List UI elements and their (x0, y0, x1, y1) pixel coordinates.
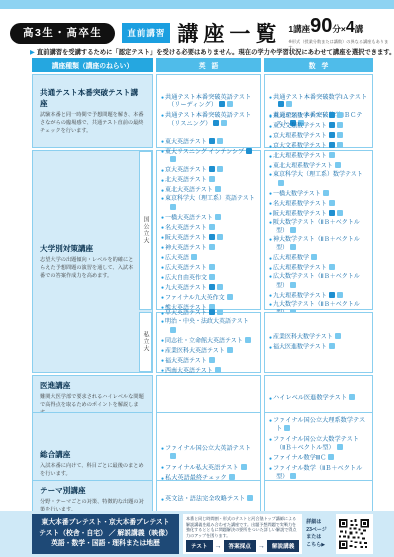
format-badge-icon (329, 264, 335, 270)
format-badge-icon (209, 264, 215, 270)
course-label: 名大理系数学テスト (273, 201, 327, 207)
course-label: 東京科学大（理工系）英語テスト (165, 196, 255, 202)
format-badge-icon (247, 495, 253, 501)
format-badge-icon (215, 367, 221, 373)
format-badge-icon (337, 112, 343, 118)
arrow-right-icon: → (215, 543, 222, 550)
section-description: 試験本番と同一時間で予想問題を解き、本番さながらの臨場感で、共通テスト直前の最終… (40, 111, 145, 135)
course-item: 名大英語テスト (161, 224, 256, 233)
course-item: 九大理系数学テスト (269, 292, 368, 301)
arrow-right-icon: → (258, 543, 265, 550)
course-item: ファイナル国公立大数学テスト（ⅡＢ＋ベクトル型） (269, 436, 368, 452)
course-label: 九大英語テスト (165, 285, 207, 291)
format-badge-icon (328, 454, 334, 460)
course-item: 明治・中央・法政大英語テスト (161, 319, 256, 335)
format-badge-icon (245, 337, 251, 343)
flow-step-grading: 答案採点 (224, 540, 256, 552)
course-item: ファイナル数学ⅢＣ (269, 454, 368, 462)
format-badge-icon (337, 292, 343, 298)
format-badge-icon (246, 148, 252, 154)
course-label: 京大英語テスト (165, 168, 207, 174)
section-title: 共通テスト本番突破テスト講座 (40, 87, 145, 109)
format-badge-icon (209, 166, 215, 172)
format-badge-icon (323, 190, 329, 196)
format-badge-icon (337, 142, 343, 148)
course-item: 東大理類数学テスト (269, 112, 368, 121)
format-badge-icon (217, 234, 223, 240)
course-item: ファイナル国公立大理系数学テスト (269, 417, 368, 433)
format-badge-icon (335, 162, 341, 168)
course-item: 福大医進数学テスト (269, 343, 368, 352)
format-badge-icon (209, 357, 215, 363)
course-item: 東大英語テスト (161, 138, 256, 147)
english-column-university: 東大英語テスト東大リスニング インテンシブ京大英語テスト北大英語テスト東北大英語… (156, 150, 261, 373)
format-badge-icon (337, 210, 343, 216)
format-badge-icon (335, 333, 341, 339)
format-badge-icon (278, 180, 284, 186)
course-label: 広大英語 (165, 255, 189, 261)
format-unit: 分× (332, 24, 345, 34)
format-badge-icon (217, 309, 223, 315)
format-badge-icon (191, 254, 197, 260)
format-badge-icon (337, 132, 343, 138)
format-prefix: 1講座 (288, 24, 310, 34)
course-item: 一橋大数学テスト (269, 190, 368, 199)
course-label: ファイナル国公立大英語テスト (165, 445, 251, 452)
category-cell-university: 大学別対策講座 志望大学の出題傾向・レベルを的確にとらえた予想問題の演習を通して… (32, 150, 153, 373)
section-title: 総合講座 (40, 449, 145, 460)
flow-step-lecture: 解説講義 (267, 540, 299, 552)
math-column-university: 東大理類数学テスト東大文類数学テスト京大理系数学テスト京大文系数学テスト北大理系… (264, 150, 373, 373)
format-badge-icon (227, 347, 233, 353)
format-badge-icon (213, 120, 219, 126)
course-item: 阪大数学テスト（ⅡＢ＋ベクトル型） (269, 220, 368, 236)
course-item: 東北大理系数学テスト (269, 162, 368, 171)
format-badge-icon (329, 132, 335, 138)
course-item: 京大文系数学テスト (269, 142, 368, 151)
university-type-strip: 国公立大 私立大 (139, 151, 152, 372)
course-item: 北大英語テスト (161, 176, 256, 185)
course-item: 産業医科大数学テスト (269, 333, 368, 342)
promo-description-box: 本番と同じ時間割・形式のテストと河合塾トップ講師による解説講義を組み合わせた講座… (183, 514, 302, 554)
pretest-promo-box: 東大本番プレテスト・京大本番プレテスト テスト（校舎・自宅） ／ 解説講義（映像… (32, 514, 179, 554)
course-item: 東京科学大（理工系）英語テスト (161, 196, 256, 212)
course-item: 東大リスニング インテンシブ (161, 148, 256, 166)
course-label: 北大理系数学テスト (273, 154, 327, 160)
format-badge-icon (284, 425, 290, 431)
format-badge-icon (209, 138, 215, 144)
format-badge-icon (209, 284, 215, 290)
format-badge-icon (219, 101, 225, 107)
course-item: 京大英語テスト (161, 166, 256, 175)
format-badge-icon (349, 394, 355, 400)
course-label: 東大文類数学テスト (273, 124, 327, 130)
math-cell-national: 東大理類数学テスト東大文類数学テスト京大理系数学テスト京大文系数学テスト北大理系… (264, 150, 373, 310)
course-table: 講座種類（講座のねらい） 英語 数学 共通テスト本番突破テスト講座 試験本番と同… (32, 58, 373, 507)
course-item: 名大理系数学テスト (269, 200, 368, 209)
format-badge-icon (209, 309, 215, 315)
course-label: 京大理系数学テスト (273, 134, 327, 140)
format-badge-icon (209, 274, 215, 280)
promo-description: 本番と同じ時間割・形式のテストと河合塾トップ講師による解説講義を組み合わせた講座… (186, 516, 299, 538)
format-badge-icon (170, 327, 176, 333)
format-badge-icon (227, 294, 233, 300)
format-badge-icon (170, 204, 176, 210)
course-label: 東北大英語テスト (165, 188, 213, 194)
course-label: 福大医進数学テスト (273, 345, 327, 351)
course-label: 広大理系数学 (273, 256, 309, 262)
course-item: 福大英語テスト (161, 357, 256, 366)
course-label: ファイナル国公立大数学テスト（ⅡＢ＋ベクトル型） (273, 436, 359, 451)
intro-note: ▶直前講習を受講するために「認定テスト」を受ける必要はありません。現在の学力や学… (30, 47, 380, 56)
format-badge-icon (215, 186, 221, 192)
course-item: 阪大英語テスト (161, 234, 256, 243)
course-item: 広大自由英作文 (161, 274, 256, 283)
format-badge-icon (170, 453, 176, 459)
course-item: 広大理系数学 (269, 254, 368, 263)
format-badge-icon (286, 101, 292, 107)
english-cell-private: 早大英語テスト明治・中央・法政大英語テスト同志社・立命館大英語テスト産業医科大英… (156, 312, 261, 373)
format-badge-icon (209, 176, 215, 182)
course-label: 広大自由英作文 (165, 275, 207, 281)
course-item: ファイナル私大英語テスト (161, 464, 256, 472)
course-label: 北大英語テスト (165, 178, 207, 184)
course-label: ファイナル数学ⅢＣ (273, 455, 326, 462)
course-label: 一橋大英語テスト (165, 215, 213, 221)
course-label: 産業医科大数学テスト (273, 335, 333, 341)
course-item: 京大理系数学テスト (269, 132, 368, 141)
course-label: 阪大数学テスト（ⅡＢ＋ベクトル型） (273, 220, 360, 235)
course-label: 早大英語テスト (165, 311, 207, 317)
course-label: 神大数学テスト（ⅡＢ＋ベクトル型） (273, 237, 360, 252)
course-label: 広大英語テスト (165, 265, 207, 271)
course-label: 同志社・立命館大英語テスト (165, 338, 243, 344)
format-badge-icon (217, 138, 223, 144)
course-item: 広大英語 (161, 254, 256, 263)
course-item: 神大数学テスト（ⅡＢ＋ベクトル型） (269, 237, 368, 253)
group-label-private: 私立大 (139, 312, 152, 372)
format-badge-icon (337, 444, 343, 450)
course-label: 明治・中央・法政大英語テスト (165, 319, 249, 325)
format-badge-icon (209, 224, 215, 230)
table-row-university: 大学別対策講座 志望大学の出題傾向・レベルを的確にとらえた予想問題の演習を通して… (32, 150, 373, 373)
course-label: 共通テスト本番突破英語テスト（リスニング） (165, 112, 251, 127)
intro-text: 直前講習を受講するために「認定テスト」を受ける必要はありません。現在の学力や学習… (37, 49, 394, 56)
course-item: 早大英語テスト (161, 309, 256, 318)
format-badge-icon (290, 282, 296, 288)
course-item: 北大理系数学テスト (269, 152, 368, 161)
course-item: 広大英語テスト (161, 264, 256, 273)
course-item: 東大文類数学テスト (269, 122, 368, 131)
course-item: 英文法・語法完全攻略テスト (161, 495, 256, 503)
table-row-general: 総合講座 入試本番に向けて、科目ごとに最後のまとめを行います。 ファイナル国公立… (32, 412, 373, 478)
details-note: 詳細は 23ページ または こちら▶ (306, 514, 331, 554)
triangle-bullet-icon: ▶ (30, 49, 35, 56)
table-header-row: 講座種類（講座のねらい） 英語 数学 (32, 58, 373, 72)
format-badge-icon (337, 122, 343, 128)
format-badge-icon (227, 101, 233, 107)
format-badge-icon (329, 152, 335, 158)
course-item: 東北大英語テスト (161, 186, 256, 195)
format-badge-icon (311, 254, 317, 260)
course-label: 阪大理系数学テスト (273, 211, 327, 217)
course-item: 阪大理系数学テスト (269, 210, 368, 219)
course-item: 広大理系数学テスト (269, 264, 368, 273)
course-label: ファイナル私大英語テスト (165, 464, 239, 471)
course-item: ファイナル国公立大英語テスト (161, 445, 256, 461)
category-cell-common-test: 共通テスト本番突破テスト講座 試験本番と同一時間で予想問題を解き、本番さながらの… (32, 74, 153, 148)
course-label: 福大英語テスト (165, 358, 207, 364)
format-badge-icon (329, 200, 335, 206)
flow-step-test: テスト (186, 540, 213, 552)
course-type-badge: 直前講習 (122, 23, 170, 43)
course-label: 名大英語テスト (165, 225, 207, 231)
format-badge-icon (217, 284, 223, 290)
course-label: 東北大理系数学テスト (273, 164, 333, 170)
table-row-medical: 医進講座 難関大医学部で要求されるハイレベルな問題で高得点を取るためのポイントを… (32, 375, 373, 410)
course-label: ファイナル九大英作文 (165, 295, 225, 301)
format-badge-icon (209, 244, 215, 250)
format-badge-icon (290, 227, 296, 233)
section-title: 大学別対策講座 (40, 243, 134, 254)
format-suffix: 講 (355, 24, 364, 34)
course-label: ハイレベル医進数学テスト (273, 395, 347, 402)
process-flow: テスト → 答案採点 → 解説講義 (186, 540, 299, 552)
course-label: 京大文系数学テスト (273, 144, 327, 150)
course-label: 共通テスト本番突破数学ⅠＡテスト (273, 94, 367, 101)
course-item: 広大数学テスト（ⅡＢ＋ベクトル型） (269, 274, 368, 290)
lesson-format: 1講座90分×4講 ※形式（授業分数または講数）の異なる講座もあります。 (288, 15, 394, 51)
format-badge-icon (221, 120, 227, 126)
section-title: テーマ別講座 (40, 485, 145, 496)
format-badge-icon (329, 292, 335, 298)
course-label: 共通テスト本番突破英語テスト（リーディング） (165, 94, 251, 109)
course-item: ファイナル数学（ⅡＢ＋ベクトル型） (269, 465, 368, 481)
course-label: 東京科学大（理工系）数学テスト (273, 172, 363, 178)
promo-line3: 英語・数学・国語・理科または地歴 (51, 539, 160, 550)
course-label: 阪大英語テスト (165, 235, 207, 241)
format-minutes: 90 (310, 15, 332, 37)
course-item: 東京科学大（理工系）数学テスト (269, 172, 368, 188)
course-label: 広大理系数学テスト (273, 266, 327, 272)
english-cell-national: 東大英語テスト東大リスニング インテンシブ京大英語テスト北大英語テスト東北大英語… (156, 150, 261, 310)
course-item: 共通テスト本番突破数学ⅠＡテスト (269, 94, 368, 110)
format-badge-icon (290, 244, 296, 250)
promo-line1: 東大本番プレテスト・京大本番プレテスト (41, 518, 169, 529)
course-label: 西南大英語テスト (165, 368, 213, 374)
course-label: 九大理系数学テスト (273, 293, 327, 299)
column-header-english: 英語 (156, 58, 261, 72)
course-label: ファイナル数学（ⅡＢ＋ベクトル型） (273, 465, 362, 480)
column-header-math: 数学 (264, 58, 373, 72)
course-item: 同志社・立命館大英語テスト (161, 337, 256, 346)
format-badge-icon (278, 101, 284, 107)
format-badge-icon (329, 343, 335, 349)
course-label: 英文法・語法完全攻略テスト (165, 496, 245, 503)
format-badge-icon (217, 166, 223, 172)
math-cell-private: 産業医科大数学テスト福大医進数学テスト (264, 312, 373, 373)
format-badge-icon (329, 112, 335, 118)
section-title: 医進講座 (40, 380, 145, 391)
course-item: 共通テスト本番突破英語テスト（リスニング） (161, 112, 256, 128)
footer: 東大本番プレテスト・京大本番プレテスト テスト（校舎・自宅） ／ 解説講義（映像… (32, 514, 373, 554)
course-item: ハイレベル医進数学テスト (269, 394, 368, 402)
format-badge-icon (215, 214, 221, 220)
page-title: 講座一覧 (177, 18, 281, 48)
format-badge-icon (329, 210, 335, 216)
format-badge-icon (329, 142, 335, 148)
format-badge-icon (329, 122, 335, 128)
course-label: 東大英語テスト (165, 139, 207, 145)
course-label: 広大数学テスト（ⅡＢ＋ベクトル型） (273, 274, 360, 289)
course-item: ファイナル九大英作文 (161, 294, 256, 303)
course-item: 共通テスト本番突破英語テスト（リーディング） (161, 94, 256, 110)
format-badge-icon (170, 156, 176, 162)
course-label: 東大理類数学テスト (273, 114, 327, 120)
page-header: 高3生・高卒生 直前講習 講座一覧 1講座90分×4講 ※形式（授業分数または講… (10, 15, 394, 51)
format-badge-icon (209, 234, 215, 240)
section-description: 志望大学の出題傾向・レベルを的確にとらえた予想問題の演習を通して、入試本番での答… (40, 256, 134, 280)
format-count: 4 (346, 19, 355, 36)
promo-line2: テスト（校舎・自宅） ／ 解説講義（映像） (39, 529, 172, 540)
course-item: 産業医科大英語テスト (161, 347, 256, 356)
column-header-category: 講座種類（講座のねらい） (32, 58, 153, 72)
course-label: 一橋大数学テスト (273, 191, 321, 197)
course-label: 産業医科大英語テスト (165, 348, 225, 354)
table-row-themed: テーマ別講座 分野・テーマごとの対策、特徴的な出題の対策を行います。 英文法・語… (32, 480, 373, 505)
course-item: 一橋大英語テスト (161, 214, 256, 223)
format-badge-icon (290, 473, 296, 479)
top-accent-band (0, 0, 394, 9)
course-label: 神大英語テスト (165, 245, 207, 251)
audience-badge: 高3生・高卒生 (10, 23, 115, 44)
section-description: 入試本番に向けて、科目ごとに最後のまとめを行います。 (40, 462, 145, 478)
course-item: 神大英語テスト (161, 244, 256, 253)
qr-code (336, 514, 373, 554)
course-label: 東大リスニング インテンシブ (165, 149, 244, 155)
group-label-national-public: 国公立大 (139, 151, 152, 310)
course-item: 九大英語テスト (161, 284, 256, 293)
format-badge-icon (241, 464, 247, 470)
